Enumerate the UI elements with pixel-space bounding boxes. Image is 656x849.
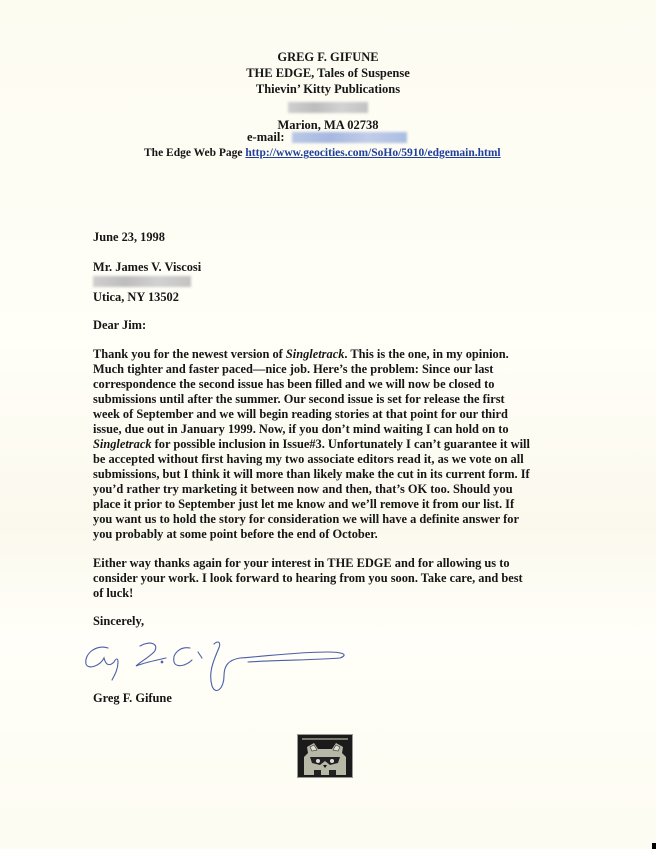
paragraph-line: Thank you for the newest version of Sing… <box>93 347 633 362</box>
recipient-city: Utica, NY 13502 <box>93 289 633 305</box>
paragraph-line: Much tighter and faster paced—nice job. … <box>93 362 633 377</box>
recipient-name: Mr. James V. Viscosi <box>93 259 633 275</box>
paragraph-line: correspondence the second issue has been… <box>93 377 633 392</box>
web-label: The Edge Web Page <box>144 147 243 159</box>
recipient-block: Mr. James V. Viscosi Utica, NY 13502 <box>93 259 633 305</box>
paragraph-line: Singletrack for possible inclusion in Is… <box>93 437 633 452</box>
salutation: Dear Jim: <box>93 318 633 333</box>
paragraph-line: you want us to hold the story for consid… <box>93 512 633 527</box>
paragraph-line: place it prior to September just let me … <box>93 497 633 512</box>
paragraph-line: issue, due out in January 1999. Now, if … <box>93 422 633 437</box>
publication-name: THE EDGE, Tales of Suspense <box>0 65 656 81</box>
letter-page: GREG F. GIFUNE THE EDGE, Tales of Suspen… <box>0 0 656 849</box>
closing: Sincerely, <box>93 614 633 629</box>
letterhead: GREG F. GIFUNE THE EDGE, Tales of Suspen… <box>0 49 656 133</box>
paragraph-1: Thank you for the newest version of Sing… <box>93 347 633 542</box>
publisher-name: Thievin’ Kitty Publications <box>0 81 656 97</box>
redacted-street-address <box>288 102 368 113</box>
web-link[interactable]: http://www.geocities.com/SoHo/5910/edgem… <box>245 147 500 159</box>
redacted-recipient-address <box>93 276 191 287</box>
web-row: The Edge Web Page http://www.geocities.c… <box>144 145 501 161</box>
letter-date: June 23, 1998 <box>93 230 633 245</box>
paragraph-line: Either way thanks again for your interes… <box>93 556 633 571</box>
sender-name: GREG F. GIFUNE <box>0 49 656 65</box>
paragraph-line: you probably at some point before the en… <box>93 527 633 542</box>
paragraph-line: week of September and we will begin read… <box>93 407 633 422</box>
paragraph-line: be accepted without first having my two … <box>93 452 633 467</box>
paragraph-line: you’d rather try marketing it between no… <box>93 482 633 497</box>
paragraph-line: consider your work. I look forward to he… <box>93 571 633 586</box>
scan-artifact <box>652 843 656 849</box>
email-label: e-mail: <box>247 129 284 145</box>
paragraph-line: of luck! <box>93 586 633 601</box>
redacted-email <box>292 132 407 143</box>
paragraph-line: submissions until after the summer. Our … <box>93 392 633 407</box>
sender-city: Marion, MA 02738 <box>0 117 656 133</box>
signatory-name: Greg F. Gifune <box>93 691 633 706</box>
paragraph-2: Either way thanks again for your interes… <box>93 556 633 601</box>
paragraph-line: submissions, but I think it will more th… <box>93 467 633 482</box>
raccoon-logo-icon <box>297 734 353 778</box>
